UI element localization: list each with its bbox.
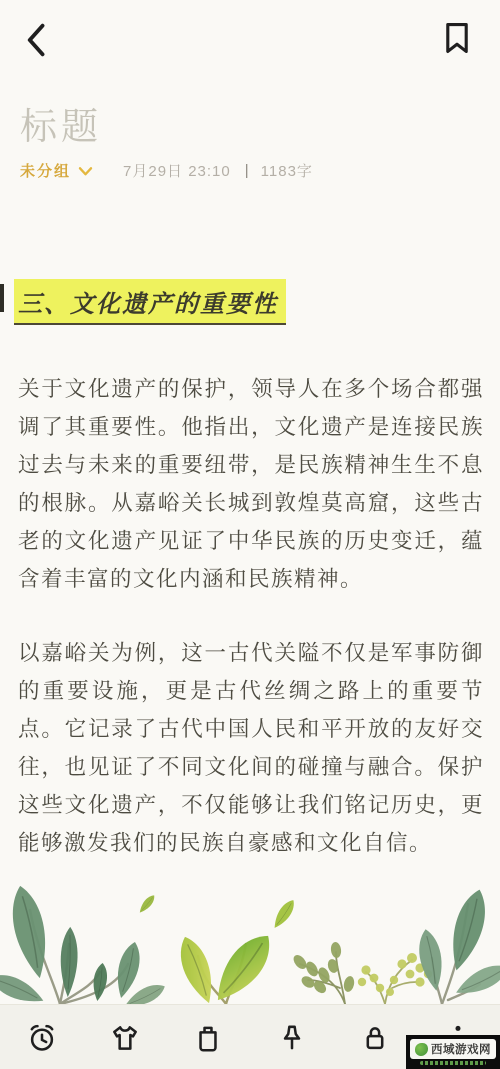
delete-button[interactable] [191, 1021, 225, 1055]
theme-button[interactable] [108, 1021, 142, 1055]
lock-icon [358, 1022, 392, 1054]
note-editor-screen: 标题 未分组 7月29日 23:10 | 1183字 三、文化遗产的重要性 关于… [0, 0, 500, 1069]
edge-mark [0, 284, 4, 312]
back-chevron-icon [20, 20, 56, 60]
alarm-icon [25, 1022, 59, 1054]
watermark-microtext [420, 1061, 486, 1065]
trash-icon [191, 1022, 225, 1054]
back-button[interactable] [20, 20, 56, 60]
paragraph: 关于文化遗产的保护，领导人在多个场合都强调了其重要性。他指出，文化遗产是连接民族… [18, 370, 484, 598]
watermark-badge: 西域游戏网 [410, 1039, 496, 1059]
note-date: 7月29日 23:10 [123, 160, 231, 181]
note-title-field[interactable]: 标题 [20, 96, 460, 150]
paragraph: 以嘉峪关为例，这一古代关隘不仅是军事防御的重要设施，更是古代丝绸之路上的重要节点… [18, 634, 484, 862]
group-label: 未分组 [20, 160, 71, 181]
bookmark-icon [440, 18, 474, 58]
shirt-icon [108, 1022, 142, 1054]
leaf-logo-icon [415, 1043, 428, 1056]
plant-illustration [0, 872, 500, 1004]
group-selector[interactable]: 未分组 [20, 160, 93, 181]
watermark-site-name: 西域游戏网 [431, 1041, 491, 1057]
pin-icon [275, 1022, 309, 1054]
heading-row: 三、文化遗产的重要性 [14, 279, 286, 325]
meta-divider: | [245, 162, 249, 179]
note-meta-row: 未分组 7月29日 23:10 | 1183字 [20, 158, 460, 182]
top-bar [0, 14, 500, 66]
lock-button[interactable] [358, 1021, 392, 1055]
pin-button[interactable] [275, 1021, 309, 1055]
highlighted-heading: 三、文化遗产的重要性 [14, 279, 286, 325]
bookmark-button[interactable] [440, 18, 474, 58]
site-watermark: 西域游戏网 [406, 1035, 500, 1069]
chevron-down-icon [78, 164, 93, 177]
reminder-button[interactable] [25, 1021, 59, 1055]
word-count: 1183字 [261, 160, 313, 181]
